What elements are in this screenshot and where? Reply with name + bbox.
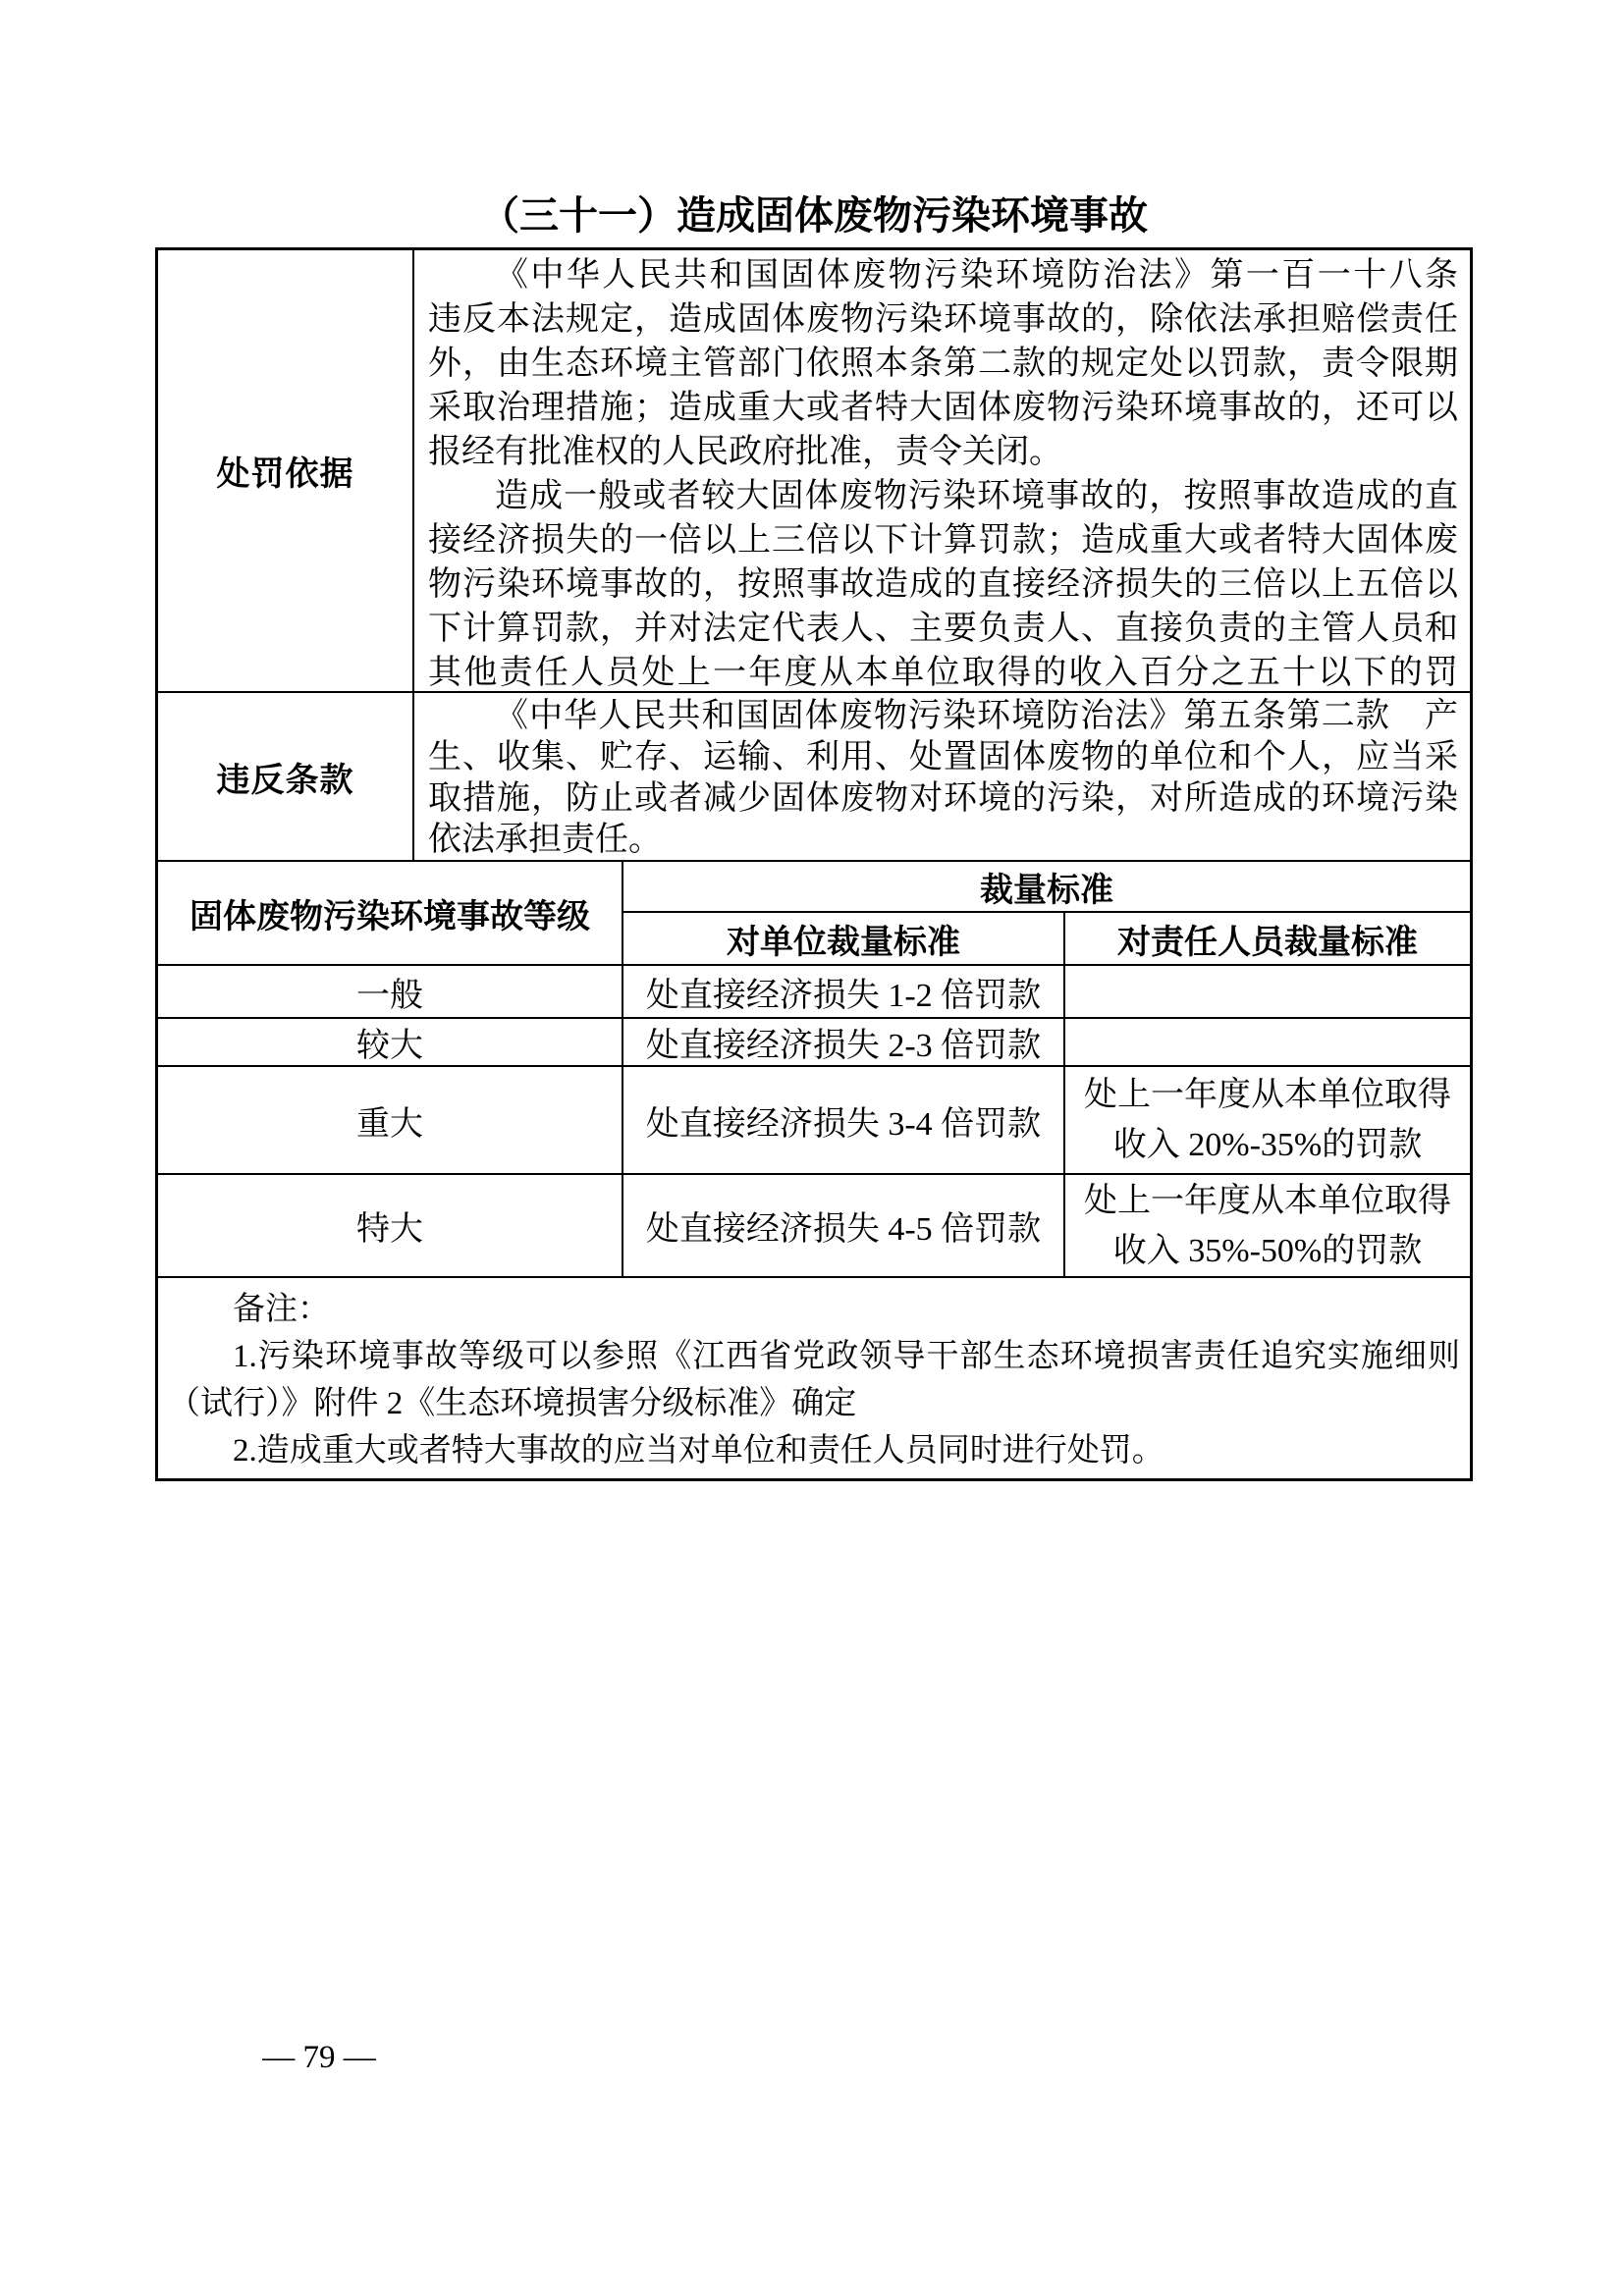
page-title: （三十一）造成固体废物污染环境事故 xyxy=(155,192,1473,240)
grade-unit-extra: 处直接经济损失 4-5 倍罚款 xyxy=(623,1173,1065,1276)
notes-item-2: 2.造成重大或者特大事故的应当对单位和责任人员同时进行处罚。 xyxy=(168,1427,1460,1474)
grade-level-larger: 较大 xyxy=(158,1017,623,1065)
notes-section: 备注： 1.污染环境事故等级可以参照《江西省党政领导干部生态环境损害责任追究实施… xyxy=(158,1276,1470,1478)
notes-item-1: 1.污染环境事故等级可以参照《江西省党政领导干部生态环境损害责任追究实施细则（试… xyxy=(168,1333,1460,1427)
grade-unit-larger: 处直接经济损失 2-3 倍罚款 xyxy=(623,1017,1065,1065)
grade-person-major: 处上一年度从本单位取得收入 20%-35%的罚款 xyxy=(1065,1065,1470,1173)
grading-unit-header: 对单位裁量标准 xyxy=(623,913,1065,964)
grade-person-larger xyxy=(1065,1017,1470,1065)
grading-standard-header: 裁量标准 xyxy=(623,862,1470,913)
document-page: （三十一）造成固体废物污染环境事故 处罚依据 《中华人民共和国固体废物污染环境防… xyxy=(0,0,1624,2296)
grade-person-general xyxy=(1065,964,1470,1017)
penalty-table: 处罚依据 《中华人民共和国固体废物污染环境防治法》第一百一十八条 违反本法规定，… xyxy=(155,247,1473,1481)
violated-clause-paragraph: 《中华人民共和国固体废物污染环境防治法》第五条第二款 产生、收集、贮存、运输、利… xyxy=(428,696,1458,860)
penalty-basis-paragraph-1: 《中华人民共和国固体废物污染环境防治法》第一百一十八条 违反本法规定，造成固体废… xyxy=(428,253,1458,474)
grading-person-header: 对责任人员裁量标准 xyxy=(1065,913,1470,964)
grade-person-extra: 处上一年度从本单位取得收入 35%-50%的罚款 xyxy=(1065,1173,1470,1276)
penalty-basis-text: 《中华人民共和国固体废物污染环境防治法》第一百一十八条 违反本法规定，造成固体废… xyxy=(414,250,1470,691)
violated-clause-text: 《中华人民共和国固体废物污染环境防治法》第五条第二款 产生、收集、贮存、运输、利… xyxy=(414,693,1470,860)
violated-clause-label: 违反条款 xyxy=(158,693,414,860)
grading-level-header: 固体废物污染环境事故等级 xyxy=(158,862,623,964)
grade-level-major: 重大 xyxy=(158,1065,623,1173)
page-number: — 79 — xyxy=(236,2038,403,2077)
penalty-basis-paragraph-2: 造成一般或者较大固体废物污染环境事故的，按照事故造成的直接经济损失的一倍以上三倍… xyxy=(428,474,1458,691)
grade-level-general: 一般 xyxy=(158,964,623,1017)
notes-label: 备注： xyxy=(168,1286,1460,1333)
grade-level-extra: 特大 xyxy=(158,1173,623,1276)
grade-unit-major: 处直接经济损失 3-4 倍罚款 xyxy=(623,1065,1065,1173)
violated-clause-row: 违反条款 《中华人民共和国固体废物污染环境防治法》第五条第二款 产生、收集、贮存… xyxy=(158,693,1470,862)
penalty-basis-row: 处罚依据 《中华人民共和国固体废物污染环境防治法》第一百一十八条 违反本法规定，… xyxy=(158,250,1470,693)
grading-table: 固体废物污染环境事故等级 裁量标准 对单位裁量标准 对责任人员裁量标准 一般 处… xyxy=(158,862,1470,1276)
grade-unit-general: 处直接经济损失 1-2 倍罚款 xyxy=(623,964,1065,1017)
penalty-basis-label: 处罚依据 xyxy=(158,250,414,691)
